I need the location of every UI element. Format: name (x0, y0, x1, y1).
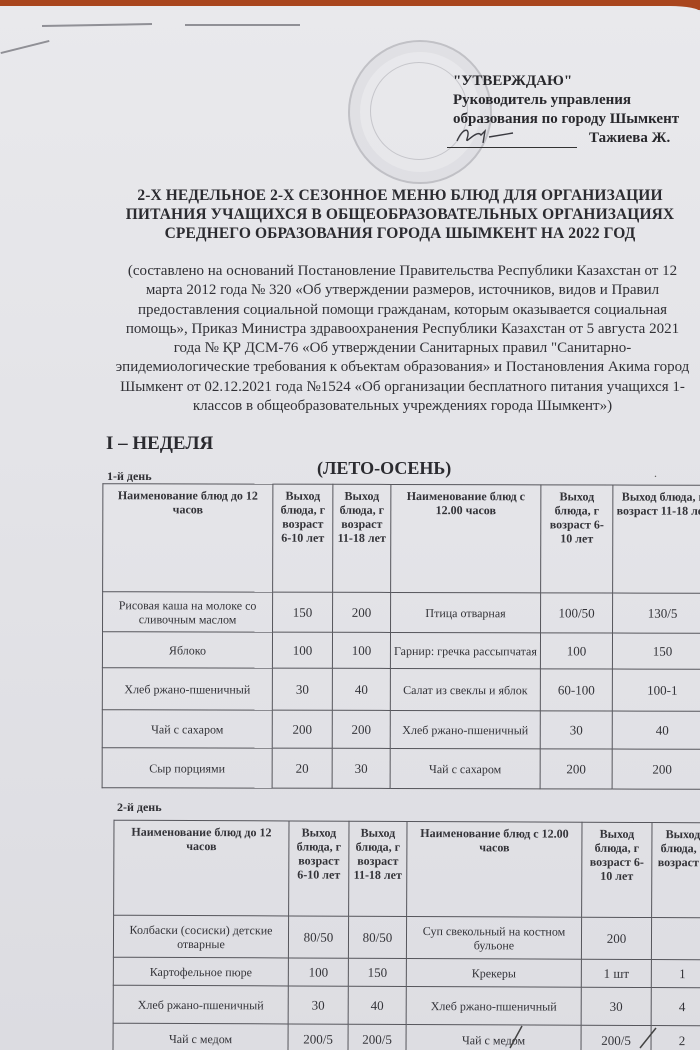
basis-line: марта 2012 года № 320 «Об утверждении ра… (105, 281, 700, 300)
table-row: Рисовая каша на молоке со сливочным масл… (103, 592, 700, 634)
portion-cell: 200 (332, 710, 390, 748)
col-header: Наименование блюд до 12 часов (103, 484, 273, 592)
portion-cell: 100 (288, 958, 348, 986)
col-header: Выход блюда, г возраст 11-18 лет (613, 485, 700, 593)
dish-name-cell: Сыр порциями (102, 748, 272, 788)
week-heading: I – НЕДЕЛЯ (106, 433, 213, 455)
dish-name-cell: Чай с сахаром (390, 748, 540, 788)
dish-name-cell: Картофельное пюре (113, 957, 288, 986)
portion-cell: 150 (612, 633, 700, 669)
dish-name-cell: Суп свекольный на костном бульоне (406, 916, 581, 959)
portion-cell: 100 (540, 633, 612, 669)
portion-cell: 1 шт (581, 959, 651, 987)
legal-basis-paragraph: (составлено на оснований Постановление П… (105, 262, 700, 416)
approval-position-line1: Руководитель управления (453, 91, 700, 110)
page-edge-mark (185, 24, 300, 26)
table-row: Колбаски (сосиски) детские отварные80/50… (113, 915, 700, 960)
basis-line: классов в общеобразовательных учреждения… (105, 397, 700, 416)
portion-cell: 40 (612, 711, 700, 749)
col-header: Выход блюда, г возраст 6-10 лет (273, 484, 333, 592)
portion-cell: 40 (332, 668, 390, 710)
portion-cell: 100 (332, 632, 390, 668)
pen-marks-icon (480, 1020, 680, 1050)
col-header: Наименование блюд с 12.00 часов (407, 821, 582, 917)
portion-cell: 200 (272, 710, 332, 748)
approval-block: "УТВЕРЖДАЮ" Руководитель управления обра… (453, 72, 700, 148)
signature-icon (453, 125, 523, 147)
dish-name-cell: Птица отварная (391, 592, 541, 632)
table-header-row: Наименование блюд до 12 часов Выход блюд… (103, 484, 700, 594)
dish-name-cell: Гарнир: гречка рассыпчатая (390, 632, 540, 668)
dish-name-cell: Чай с медом (113, 1023, 288, 1050)
portion-cell: 1 (651, 960, 700, 988)
portion-cell: 80/50 (348, 916, 406, 958)
col-header: Выход блюда, г возраст 6-10 лет (289, 821, 349, 916)
col-header: Выход блюда, г возраст 11-18 лет (349, 821, 407, 916)
col-header: Выход блюда, г возраст 11-18 лет (333, 484, 391, 592)
portion-cell: 200 (612, 749, 700, 789)
dish-name-cell: Хлеб ржано-пшеничный (113, 985, 288, 1024)
dish-name-cell: Хлеб ржано-пшеничный (102, 668, 272, 710)
basis-line: эпидемиологические требования к объектам… (105, 358, 700, 377)
col-header: Наименование блюд до 12 часов (114, 820, 289, 916)
col-header: Выход блюда, г возраст 6-10 лет (582, 822, 652, 917)
portion-cell: 200 (540, 749, 612, 789)
portion-cell: 200/5 (288, 1024, 348, 1050)
col-header: Наименование блюд с 12.00 часов (391, 484, 541, 592)
basis-line: помощь», Приказ Министра здравоохранения… (105, 320, 700, 339)
approval-heading: "УТВЕРЖДАЮ" (453, 72, 700, 91)
ink-dot: . (654, 466, 657, 481)
portion-cell: 80/50 (288, 916, 348, 958)
title-line: ПИТАНИЯ УЧАЩИХСЯ В ОБЩЕОБРАЗОВАТЕЛЬНЫХ О… (110, 205, 690, 224)
portion-cell: 200/5 (348, 1024, 406, 1050)
table-row: Сыр порциями2030Чай с сахаром200200 (102, 748, 700, 790)
day-2-menu-table: Наименование блюд до 12 часов Выход блюд… (112, 820, 700, 1050)
portion-cell: 100 (272, 632, 332, 668)
portion-cell: 130/5 (613, 593, 700, 633)
day-2-label: 2-й день (117, 800, 162, 815)
portion-cell: 100-1 (612, 669, 700, 711)
portion-cell: 100/50 (541, 593, 613, 633)
table-row: Яблоко100100Гарнир: гречка рассыпчатая10… (102, 632, 700, 670)
portion-cell (651, 918, 700, 960)
photo-frame: "УТВЕРЖДАЮ" Руководитель управления обра… (0, 0, 700, 1050)
portion-cell: 200 (581, 917, 651, 959)
portion-cell: 200 (333, 592, 391, 632)
portion-cell: 150 (273, 592, 333, 632)
basis-line: года № ҚР ДСМ-76 «Об утверждении Санитар… (105, 339, 700, 358)
day-1-menu-table: Наименование блюд до 12 часов Выход блюд… (102, 483, 700, 790)
dish-name-cell: Салат из свеклы и яблок (390, 668, 540, 710)
table-header-row: Наименование блюд до 12 часов Выход блюд… (114, 820, 700, 918)
basis-line: Шымкент от 02.12.2021 года №1524 «Об орг… (105, 378, 700, 397)
title-line: СРЕДНЕГО ОБРАЗОВАНИЯ ГОРОДА ШЫМКЕНТ НА 2… (110, 224, 690, 243)
portion-cell: 30 (272, 668, 332, 710)
col-header: Выход блюда, г возраст 1 (652, 823, 700, 918)
table-row: Чай с сахаром200200Хлеб ржано-пшеничный3… (102, 710, 700, 750)
title-line: 2-Х НЕДЕЛЬНОЕ 2-Х СЕЗОННОЕ МЕНЮ БЛЮД ДЛЯ… (110, 186, 690, 205)
col-header: Выход блюда, г возраст 6-10 лет (541, 485, 613, 593)
portion-cell: 60-100 (540, 669, 612, 711)
basis-line: предоставления социальной помощи граждан… (105, 301, 700, 320)
portion-cell: 40 (348, 986, 406, 1024)
dish-name-cell: Рисовая каша на молоке со сливочным масл… (103, 592, 273, 632)
portion-cell: 30 (332, 748, 390, 788)
portion-cell: 20 (272, 748, 332, 788)
day-1-label: 1-й день (107, 469, 152, 484)
table-row: Хлеб ржано-пшеничный3040Салат из свеклы … (102, 668, 700, 712)
signature-line (447, 133, 577, 148)
table-row: Картофельное пюре100150Крекеры1 шт1 (113, 957, 700, 988)
dish-name-cell: Яблоко (102, 632, 272, 668)
document-title: 2-Х НЕДЕЛЬНОЕ 2-Х СЕЗОННОЕ МЕНЮ БЛЮД ДЛЯ… (110, 186, 690, 243)
dish-name-cell: Крекеры (406, 958, 581, 987)
portion-cell: 150 (348, 958, 406, 986)
signatory-name: Тажиева Ж. (589, 129, 670, 148)
portion-cell: 30 (288, 986, 348, 1024)
portion-cell: 30 (540, 711, 612, 749)
dish-name-cell: Колбаски (сосиски) детские отварные (113, 915, 288, 958)
dish-name-cell: Хлеб ржано-пшеничный (390, 710, 540, 748)
basis-line: (составлено на оснований Постановление П… (105, 262, 700, 281)
dish-name-cell: Чай с сахаром (102, 710, 272, 748)
season-heading: (ЛЕТО-ОСЕНЬ) (317, 458, 451, 479)
